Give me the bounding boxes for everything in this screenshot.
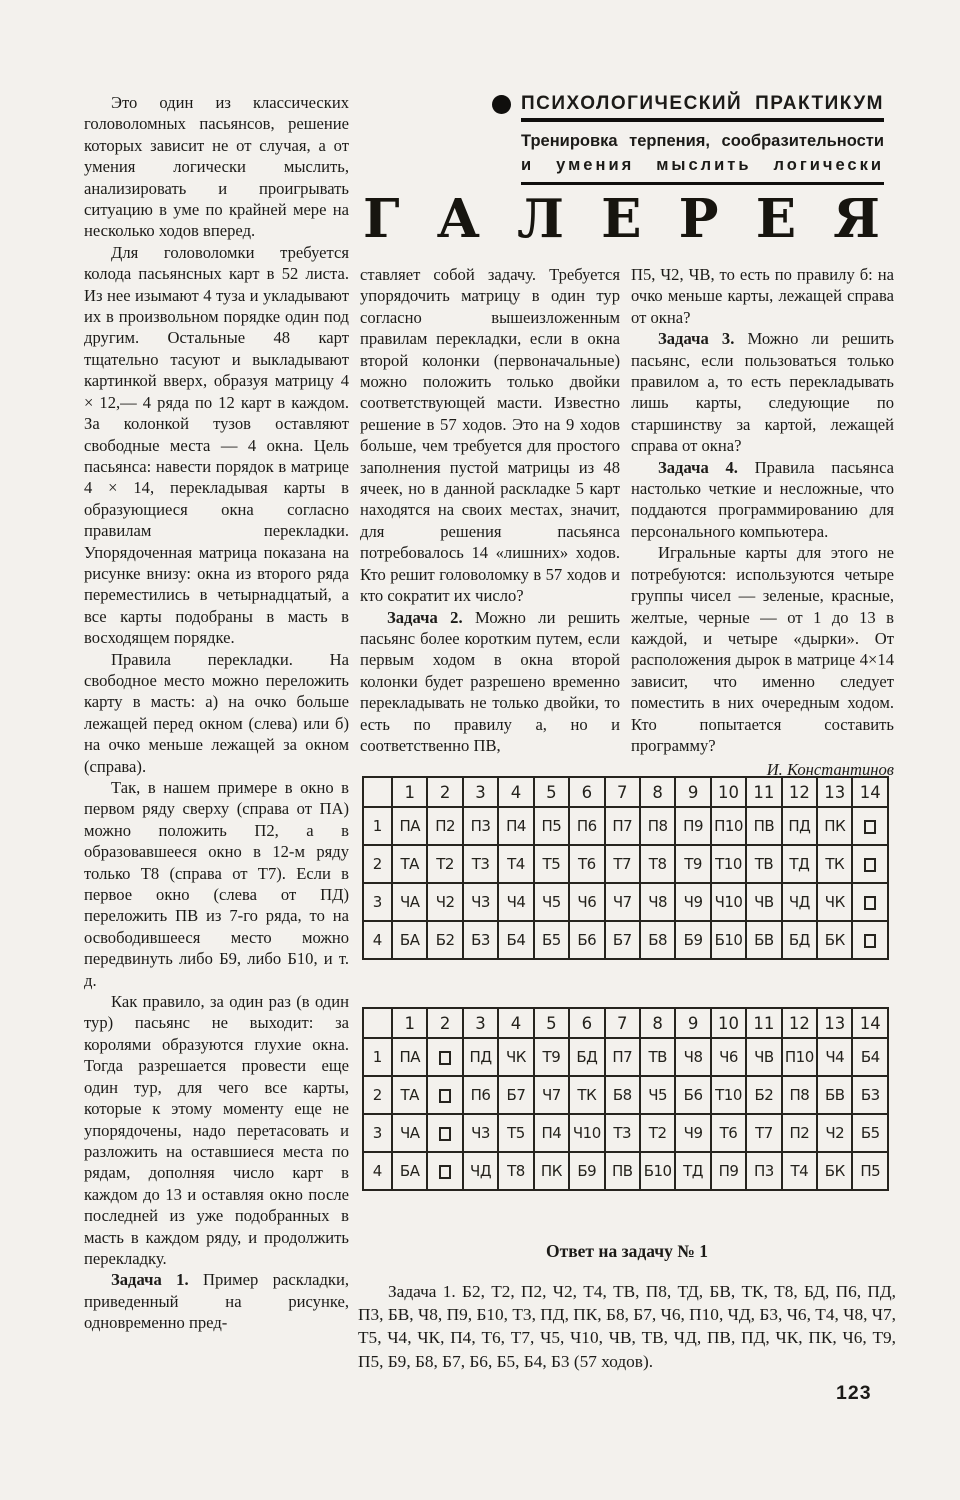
matrix-cell: Б2 bbox=[427, 921, 462, 959]
matrix-cell: 2 bbox=[427, 1008, 462, 1038]
matrix-cell: 3 bbox=[463, 1008, 498, 1038]
window-square-icon bbox=[439, 1089, 451, 1103]
matrix-cell: Ч6 bbox=[569, 883, 604, 921]
title-letter: Л bbox=[517, 193, 564, 246]
matrix-cell: П10 bbox=[782, 1038, 817, 1076]
matrix-row: 2ТАТ2Т3Т4Т5Т6Т7Т8Т9Т10ТВТДТК bbox=[363, 845, 888, 883]
matrix-cell bbox=[363, 1008, 392, 1038]
answer-lead: Задача 1. bbox=[388, 1282, 456, 1301]
matrix-cell: Ч10 bbox=[569, 1114, 604, 1152]
matrix-cell: Ч2 bbox=[817, 1114, 852, 1152]
matrix-cell bbox=[363, 777, 392, 807]
matrix-cell bbox=[427, 1152, 462, 1190]
matrix-cell: 4 bbox=[498, 1008, 533, 1038]
matrix-row: 3ЧАЧ3Т5П4Ч10Т3Т2Ч9Т6Т7П2Ч2Б5 bbox=[363, 1114, 888, 1152]
matrix-cell: Ч8 bbox=[675, 1038, 710, 1076]
matrix-cell: Т10 bbox=[711, 845, 746, 883]
matrix-cell: Т3 bbox=[463, 845, 498, 883]
matrix-cell: Б3 bbox=[463, 921, 498, 959]
right-text-column: П5, Ч2, ЧВ, то есть по правилу б: на очк… bbox=[631, 264, 894, 781]
matrix-cell: ЧД bbox=[463, 1152, 498, 1190]
matrix-cell: БД bbox=[782, 921, 817, 959]
matrix-cell: Т2 bbox=[427, 845, 462, 883]
window-square-icon bbox=[864, 896, 876, 910]
matrix-cell: Б5 bbox=[534, 921, 569, 959]
matrix-cell: Т10 bbox=[711, 1076, 746, 1114]
matrix-cell: П5 bbox=[852, 1152, 888, 1190]
matrix-cell: 8 bbox=[640, 777, 675, 807]
matrix-cell: 1 bbox=[363, 807, 392, 845]
matrix-cell: Б4 bbox=[498, 921, 533, 959]
initial-matrix-table: 12345678910111213141ПАПДЧКТ9БДП7ТВЧ8Ч6ЧВ… bbox=[362, 1007, 889, 1191]
subtitle-line-2: и умения мыслить логически bbox=[521, 153, 884, 177]
paragraph: Задача 1. Пример раскладки, приведенный … bbox=[84, 1269, 349, 1333]
matrix-cell: Ч9 bbox=[675, 883, 710, 921]
matrix-cell: Т5 bbox=[534, 845, 569, 883]
title-letter: Е bbox=[601, 193, 641, 246]
matrix-cell: Ч10 bbox=[711, 883, 746, 921]
matrix-cell: 10 bbox=[711, 1008, 746, 1038]
matrix-cell: Б6 bbox=[569, 921, 604, 959]
page-number: 123 bbox=[836, 1382, 872, 1405]
window-square-icon bbox=[439, 1051, 451, 1065]
matrix-cell: БД bbox=[569, 1038, 604, 1076]
matrix-cell: 12 bbox=[782, 777, 817, 807]
matrix-cell: Б2 bbox=[746, 1076, 781, 1114]
thick-rule bbox=[521, 118, 884, 122]
paragraph: Игральные карты для этого не потребуются… bbox=[631, 542, 894, 756]
matrix-cell: П8 bbox=[782, 1076, 817, 1114]
kicker-word-1: ПСИХОЛОГИЧЕСКИЙ bbox=[521, 93, 742, 115]
matrix-cell: П6 bbox=[569, 807, 604, 845]
paragraph: П5, Ч2, ЧВ, то есть по правилу б: на очк… bbox=[631, 264, 894, 328]
matrix-cell: 2 bbox=[363, 845, 392, 883]
matrix-cell: БК bbox=[817, 1152, 852, 1190]
matrix-cell: Ч4 bbox=[817, 1038, 852, 1076]
paragraph: Задача 3. Можно ли решить пасьянс, если … bbox=[631, 328, 894, 456]
paragraph: Как правило, за один раз (в один тур) па… bbox=[84, 991, 349, 1269]
matrix-row: 4БАЧДТ8ПКБ9ПВБ10ТДП9П3Т4БКП5 bbox=[363, 1152, 888, 1190]
matrix-cell: ЧК bbox=[817, 883, 852, 921]
matrix-cell bbox=[852, 883, 888, 921]
matrix-cell: 1 bbox=[363, 1038, 392, 1076]
matrix-cell: 1 bbox=[392, 777, 427, 807]
subtitle-line-1: Тренировка терпения, сообразительности bbox=[521, 129, 884, 153]
left-text-column: Это один из классических головоломных па… bbox=[84, 92, 349, 1334]
matrix-cell: Б7 bbox=[498, 1076, 533, 1114]
paragraph: Задача 2. Можно ли решить пасьянс более … bbox=[360, 607, 620, 757]
matrix-cell: Т5 bbox=[498, 1114, 533, 1152]
article-title: ГАЛЕРЕЯ bbox=[363, 193, 880, 246]
thin-rule bbox=[521, 182, 884, 185]
title-letter: Е bbox=[756, 193, 796, 246]
matrix-cell: Т6 bbox=[569, 845, 604, 883]
bullet-icon bbox=[492, 95, 511, 114]
matrix-cell: 12 bbox=[782, 1008, 817, 1038]
matrix-row: 3ЧАЧ2Ч3Ч4Ч5Ч6Ч7Ч8Ч9Ч10ЧВЧДЧК bbox=[363, 883, 888, 921]
matrix-cell: Т2 bbox=[640, 1114, 675, 1152]
matrix-cell: П2 bbox=[782, 1114, 817, 1152]
matrix-cell: БА bbox=[392, 1152, 427, 1190]
matrix-cell: ПА bbox=[392, 1038, 427, 1076]
matrix-cell: Б8 bbox=[640, 921, 675, 959]
kicker-line: ПСИХОЛОГИЧЕСКИЙ ПРАКТИКУМ bbox=[492, 93, 884, 115]
matrix-cell: 4 bbox=[498, 777, 533, 807]
matrix-cell: П8 bbox=[640, 807, 675, 845]
title-letter: Г bbox=[363, 193, 400, 246]
matrix-cell: ТВ bbox=[640, 1038, 675, 1076]
matrix-cell: ТА bbox=[392, 1076, 427, 1114]
matrix-cell: ПК bbox=[534, 1152, 569, 1190]
matrix-cell: Ч5 bbox=[640, 1076, 675, 1114]
matrix-cell: П10 bbox=[711, 807, 746, 845]
matrix-cell: Т7 bbox=[605, 845, 640, 883]
ordered-matrix-table: 12345678910111213141ПАП2П3П4П5П6П7П8П9П1… bbox=[362, 776, 889, 960]
matrix-cell: П9 bbox=[675, 807, 710, 845]
matrix-header-row: 1234567891011121314 bbox=[363, 777, 888, 807]
paragraph-lead: Задача 4. bbox=[658, 458, 755, 477]
matrix-header-row: 1234567891011121314 bbox=[363, 1008, 888, 1038]
matrix-cell: 4 bbox=[363, 921, 392, 959]
window-square-icon bbox=[439, 1165, 451, 1179]
matrix-cell: Б10 bbox=[711, 921, 746, 959]
answer-text: Задача 1. Б2, Т2, П2, Ч2, Т4, ТВ, П8, ТД… bbox=[358, 1280, 896, 1373]
title-letter: А bbox=[437, 193, 480, 246]
matrix-cell: П7 bbox=[605, 1038, 640, 1076]
matrix-cell: Ч5 bbox=[534, 883, 569, 921]
matrix-cell: Т9 bbox=[675, 845, 710, 883]
answer-title: Ответ на задачу № 1 bbox=[360, 1241, 894, 1262]
matrix-cell: ТД bbox=[782, 845, 817, 883]
matrix-cell: Ч7 bbox=[605, 883, 640, 921]
matrix-cell: 1 bbox=[392, 1008, 427, 1038]
paragraph: ставляет собой задачу. Требуется упорядо… bbox=[360, 264, 620, 607]
matrix-cell: ПА bbox=[392, 807, 427, 845]
matrix-cell: ПВ bbox=[605, 1152, 640, 1190]
paragraph: Правила перекладки. На свободное место м… bbox=[84, 649, 349, 777]
matrix-cell bbox=[427, 1076, 462, 1114]
matrix-cell: Т7 bbox=[746, 1114, 781, 1152]
matrix-cell: БВ bbox=[817, 1076, 852, 1114]
matrix-cell: ТВ bbox=[746, 845, 781, 883]
matrix-cell: 3 bbox=[363, 883, 392, 921]
window-square-icon bbox=[439, 1127, 451, 1141]
kicker-title: ПСИХОЛОГИЧЕСКИЙ ПРАКТИКУМ bbox=[521, 93, 884, 115]
title-letter: Я bbox=[833, 193, 880, 246]
matrix-cell: П3 bbox=[463, 807, 498, 845]
matrix-cell: 9 bbox=[675, 1008, 710, 1038]
matrix-cell: Ч7 bbox=[534, 1076, 569, 1114]
matrix-cell: Б10 bbox=[640, 1152, 675, 1190]
matrix-cell: 5 bbox=[534, 1008, 569, 1038]
matrix-cell: Б3 bbox=[852, 1076, 888, 1114]
window-square-icon bbox=[864, 858, 876, 872]
matrix-cell: 2 bbox=[363, 1076, 392, 1114]
matrix-row: 1ПАП2П3П4П5П6П7П8П9П10ПВПДПК bbox=[363, 807, 888, 845]
matrix-cell: 14 bbox=[852, 1008, 888, 1038]
matrix-row: 4БАБ2Б3Б4Б5Б6Б7Б8Б9Б10БВБДБК bbox=[363, 921, 888, 959]
matrix-cell: Б8 bbox=[605, 1076, 640, 1114]
matrix-cell bbox=[852, 845, 888, 883]
title-letter: Р bbox=[679, 193, 719, 246]
matrix-cell: Б5 bbox=[852, 1114, 888, 1152]
matrix-cell: ПВ bbox=[746, 807, 781, 845]
matrix-cell: Т8 bbox=[640, 845, 675, 883]
matrix-cell: 2 bbox=[427, 777, 462, 807]
paragraph-lead: Задача 3. bbox=[658, 329, 748, 348]
section-header: ПСИХОЛОГИЧЕСКИЙ ПРАКТИКУМ Тренировка тер… bbox=[492, 93, 884, 185]
matrix-cell: ЧВ bbox=[746, 883, 781, 921]
matrix-cell: Ч3 bbox=[463, 1114, 498, 1152]
matrix-cell: 9 bbox=[675, 777, 710, 807]
matrix-cell: БВ bbox=[746, 921, 781, 959]
matrix-cell: Т8 bbox=[498, 1152, 533, 1190]
matrix-cell: 7 bbox=[605, 777, 640, 807]
matrix-cell: ПД bbox=[782, 807, 817, 845]
matrix-cell: 13 bbox=[817, 777, 852, 807]
matrix-cell: Ч4 bbox=[498, 883, 533, 921]
matrix-cell: ТД bbox=[675, 1152, 710, 1190]
matrix-cell: 3 bbox=[363, 1114, 392, 1152]
matrix-cell: Т4 bbox=[782, 1152, 817, 1190]
matrix-cell: БА bbox=[392, 921, 427, 959]
matrix-cell: ТА bbox=[392, 845, 427, 883]
matrix-cell: ЧВ bbox=[746, 1038, 781, 1076]
paragraph: Это один из классических головоломных па… bbox=[84, 92, 349, 242]
matrix-cell: ТК bbox=[569, 1076, 604, 1114]
matrix-cell bbox=[852, 807, 888, 845]
matrix-cell: 6 bbox=[569, 1008, 604, 1038]
matrix-cell: Б4 bbox=[852, 1038, 888, 1076]
matrix-cell: Т4 bbox=[498, 845, 533, 883]
matrix-cell: Т3 bbox=[605, 1114, 640, 1152]
matrix-cell: 7 bbox=[605, 1008, 640, 1038]
matrix-cell: Б7 bbox=[605, 921, 640, 959]
paragraph: Задача 4. Правила пасьянса настолько чет… bbox=[631, 457, 894, 543]
window-square-icon bbox=[864, 934, 876, 948]
matrix-cell: ЧД bbox=[782, 883, 817, 921]
paragraph-lead: Задача 1. bbox=[111, 1270, 203, 1289]
matrix-cell: Б6 bbox=[675, 1076, 710, 1114]
middle-text-column: ставляет собой задачу. Требуется упорядо… bbox=[360, 264, 620, 756]
matrix-cell: П5 bbox=[534, 807, 569, 845]
paragraph-lead: Задача 2. bbox=[387, 608, 475, 627]
matrix-cell: 8 bbox=[640, 1008, 675, 1038]
matrix-cell: ПК bbox=[817, 807, 852, 845]
matrix-cell: ПД bbox=[463, 1038, 498, 1076]
matrix-cell: 10 bbox=[711, 777, 746, 807]
matrix-cell: 11 bbox=[746, 1008, 781, 1038]
matrix-cell: Б9 bbox=[569, 1152, 604, 1190]
matrix-cell: Ч9 bbox=[675, 1114, 710, 1152]
matrix-cell: 5 bbox=[534, 777, 569, 807]
paragraph: Так, в нашем примере в окно в первом ряд… bbox=[84, 777, 349, 991]
matrix-cell: Б9 bbox=[675, 921, 710, 959]
matrix-cell: ТК bbox=[817, 845, 852, 883]
matrix-cell: Т9 bbox=[534, 1038, 569, 1076]
matrix-cell: 4 bbox=[363, 1152, 392, 1190]
matrix-cell: П3 bbox=[746, 1152, 781, 1190]
matrix-cell: Ч3 bbox=[463, 883, 498, 921]
window-square-icon bbox=[864, 820, 876, 834]
matrix-cell: ЧА bbox=[392, 1114, 427, 1152]
matrix-cell: П6 bbox=[463, 1076, 498, 1114]
section-subtitle: Тренировка терпения, сообразительности и… bbox=[521, 129, 884, 177]
matrix-cell: ЧА bbox=[392, 883, 427, 921]
matrix-cell: Ч8 bbox=[640, 883, 675, 921]
matrix-cell: Ч2 bbox=[427, 883, 462, 921]
matrix-cell: 11 bbox=[746, 777, 781, 807]
matrix-cell: 13 bbox=[817, 1008, 852, 1038]
matrix-cell bbox=[427, 1038, 462, 1076]
matrix-cell bbox=[852, 921, 888, 959]
kicker-word-2: ПРАКТИКУМ bbox=[755, 93, 884, 115]
matrix-row: 1ПАПДЧКТ9БДП7ТВЧ8Ч6ЧВП10Ч4Б4 bbox=[363, 1038, 888, 1076]
matrix-cell: 3 bbox=[463, 777, 498, 807]
matrix-cell: П4 bbox=[534, 1114, 569, 1152]
matrix-cell: Ч6 bbox=[711, 1038, 746, 1076]
matrix-cell: БК bbox=[817, 921, 852, 959]
matrix-cell: П4 bbox=[498, 807, 533, 845]
matrix-cell: ЧК bbox=[498, 1038, 533, 1076]
matrix-cell: П9 bbox=[711, 1152, 746, 1190]
matrix-cell bbox=[427, 1114, 462, 1152]
matrix-cell: 14 bbox=[852, 777, 888, 807]
matrix-cell: П2 bbox=[427, 807, 462, 845]
matrix-cell: П7 bbox=[605, 807, 640, 845]
matrix-cell: 6 bbox=[569, 777, 604, 807]
matrix-cell: Т6 bbox=[711, 1114, 746, 1152]
matrix-row: 2ТАП6Б7Ч7ТКБ8Ч5Б6Т10Б2П8БВБ3 bbox=[363, 1076, 888, 1114]
paragraph: Для головоломки требуется колода пасьянс… bbox=[84, 242, 349, 649]
